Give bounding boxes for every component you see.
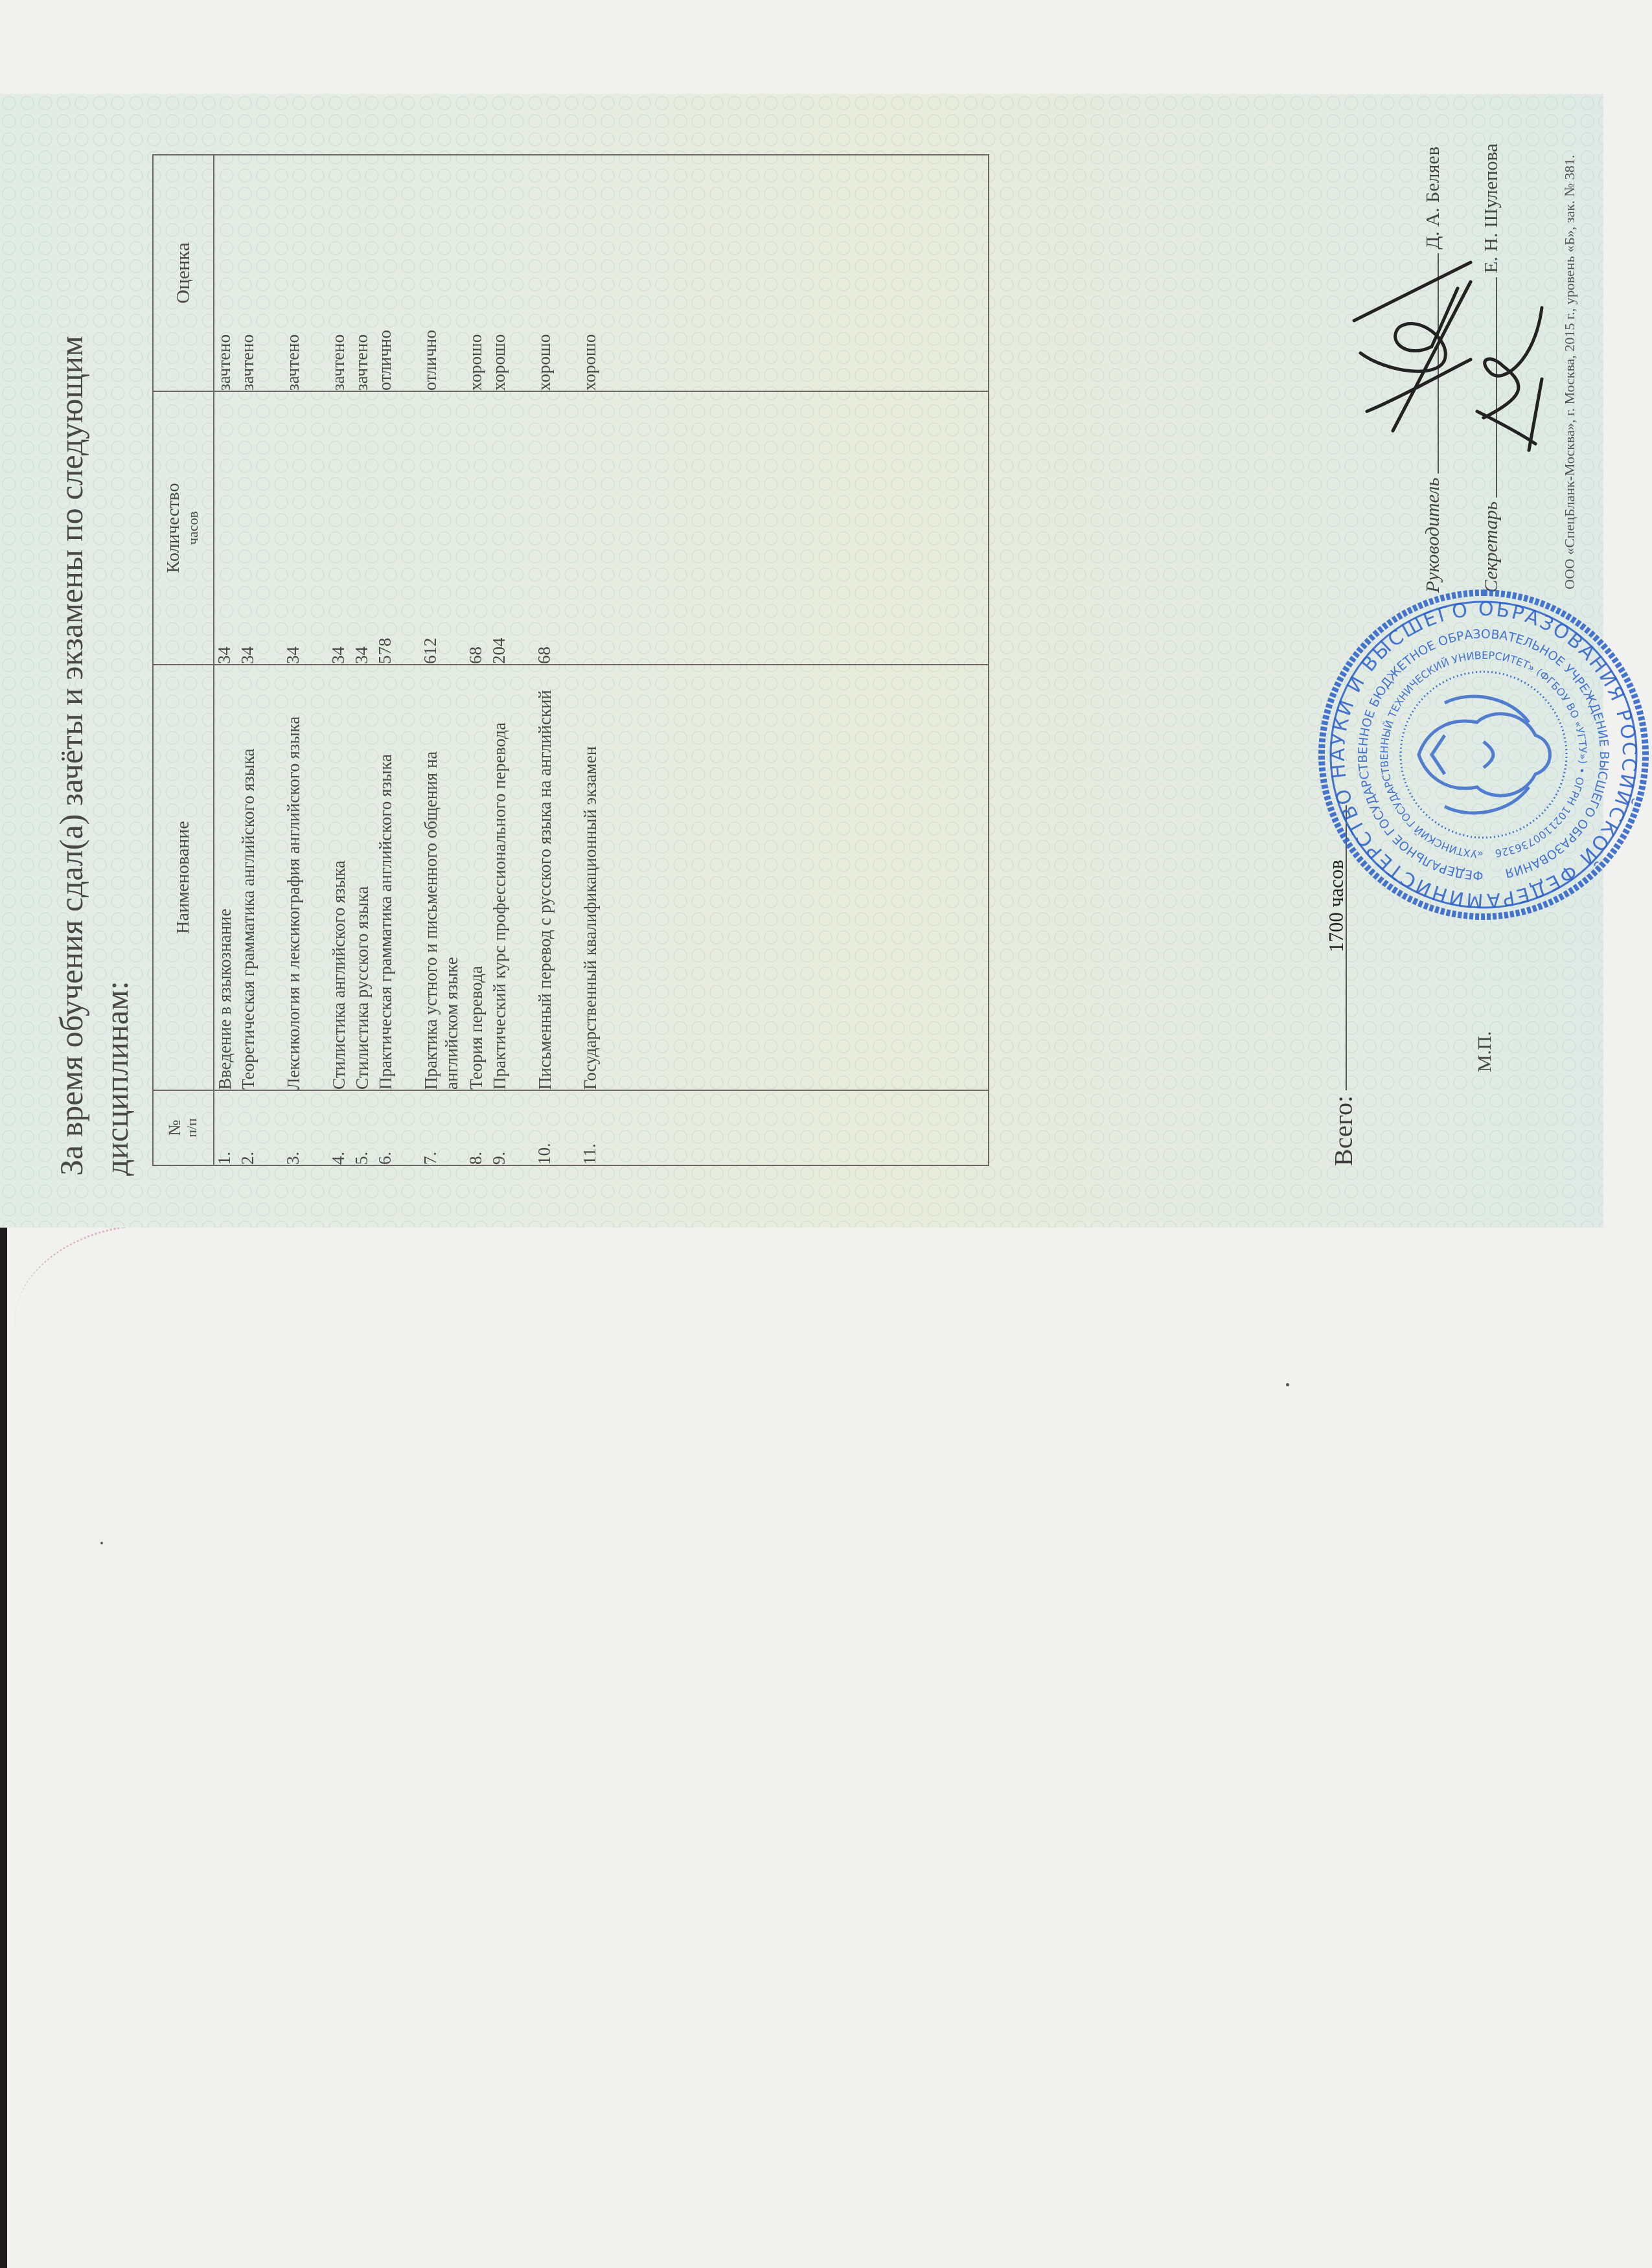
header-number: № п/п — [153, 1090, 214, 1165]
row-grade: зачтено — [352, 155, 375, 391]
eagle-emblem-icon — [1419, 696, 1550, 813]
row-number: 5. — [352, 1090, 375, 1165]
grades-table: № п/п Наименование Количество часов Оцен… — [152, 154, 989, 1166]
row-hours: 34 — [238, 391, 283, 665]
table-row: 6.Практическая грамматика английского яз… — [375, 155, 420, 1165]
table-row: 5.Стилистика русского языка34зачтено — [352, 155, 375, 1165]
seal-placeholder-label: М.П. — [1474, 1031, 1496, 1072]
row-grade: зачтено — [214, 155, 238, 391]
row-hours: 204 — [489, 391, 534, 665]
page-title: За время обучения сдал(а) зачёты и экзам… — [49, 139, 139, 1176]
row-discipline-name: Лексикология и лексикография английского… — [283, 665, 328, 1090]
header-grade: Оценка — [153, 155, 214, 391]
row-number: 10. — [534, 1090, 580, 1165]
table-row: 7.Практика устного и письменного общения… — [420, 155, 466, 1165]
official-stamp-seal: МИНИСТЕРСТВО НАУКИ И ВЫСШЕГО ОБРАЗОВАНИЯ… — [1315, 586, 1652, 923]
dust-speck — [100, 1542, 103, 1544]
row-grade: зачтено — [328, 155, 352, 391]
row-grade: хорошо — [580, 155, 625, 391]
row-discipline-name: Теория перевода — [466, 665, 489, 1090]
row-hours: 34 — [352, 391, 375, 665]
row-discipline-name: Стилистика английского языка — [328, 665, 352, 1090]
row-discipline-name: Стилистика русского языка — [352, 665, 375, 1090]
table-row: 1.Введение в языкознание34зачтено — [214, 155, 238, 1165]
pink-pencil-mark — [4, 1226, 138, 1328]
header-hours: Количество часов — [153, 391, 214, 665]
table-empty-space — [625, 155, 989, 1165]
document-sheet: За время обучения сдал(а) зачёты и экзам… — [0, 94, 1603, 1228]
row-grade: отлично — [420, 155, 466, 391]
svg-text:ФЕДЕРАЛЬНОЕ ГОСУДАРСТВЕННОЕ БЮ: ФЕДЕРАЛЬНОЕ ГОСУДАРСТВЕННОЕ БЮДЖЕТНОЕ ОБ… — [1356, 627, 1611, 882]
table-row: 10.Письменный перевод с русского языка н… — [534, 155, 580, 1165]
empty-cell — [625, 391, 989, 665]
empty-cell — [625, 155, 989, 391]
total-label: Всего: — [1329, 1095, 1358, 1166]
row-hours: 34 — [283, 391, 328, 665]
table-row: 3.Лексикология и лексикография английско… — [283, 155, 328, 1165]
table-row: 4.Стилистика английского языка34зачтено — [328, 155, 352, 1165]
row-number: 1. — [214, 1090, 238, 1165]
scan-dark-edge — [0, 1228, 7, 2268]
row-grade: зачтено — [238, 155, 283, 391]
row-discipline-name: Письменный перевод с русского языка на а… — [534, 665, 580, 1090]
row-discipline-name: Практическая грамматика английского язык… — [375, 665, 420, 1090]
handwritten-signature-secretary — [1464, 301, 1548, 457]
row-hours: 68 — [466, 391, 489, 665]
row-hours: 34 — [214, 391, 238, 665]
table-row: 8.Теория перевода68хорошо — [466, 155, 489, 1165]
handwritten-signature-head — [1348, 256, 1477, 450]
row-discipline-name: Теоретическая грамматика английского язы… — [238, 665, 283, 1090]
row-number: 6. — [375, 1090, 420, 1165]
signature-name: Д. А. Беляев — [1422, 146, 1443, 249]
row-discipline-name: Практический курс профессионального пере… — [489, 665, 534, 1090]
row-number: 4. — [328, 1090, 352, 1165]
row-number: 9. — [489, 1090, 534, 1165]
table-header-row: № п/п Наименование Количество часов Оцен… — [153, 155, 214, 1165]
signature-role: Секретарь — [1480, 501, 1502, 593]
row-number: 3. — [283, 1090, 328, 1165]
row-discipline-name: Практика устного и письменного общения н… — [420, 665, 466, 1090]
document-page: За время обучения сдал(а) зачёты и экзам… — [0, 94, 1603, 1228]
signature-name: Е. Н. Шулепова — [1480, 143, 1502, 273]
row-number: 7. — [420, 1090, 466, 1165]
svg-text:«УХТИНСКИЙ ГОСУДАРСТВЕННЫЙ ТЕХ: «УХТИНСКИЙ ГОСУДАРСТВЕННЫЙ ТЕХНИЧЕСКИЙ У… — [1378, 649, 1589, 860]
row-discipline-name: Введение в языкознание — [214, 665, 238, 1090]
empty-cell — [625, 1090, 989, 1165]
table-row: 11.Государственный квалификационный экза… — [580, 155, 625, 1165]
row-hours: 68 — [534, 391, 580, 665]
row-number: 2. — [238, 1090, 283, 1165]
row-hours: 578 — [375, 391, 420, 665]
row-hours: 612 — [420, 391, 466, 665]
row-grade: зачтено — [283, 155, 328, 391]
empty-cell — [625, 665, 989, 1090]
dust-speck — [1286, 1383, 1289, 1386]
row-hours: 34 — [328, 391, 352, 665]
header-name: Наименование — [153, 665, 214, 1090]
row-discipline-name: Государственный квалификационный экзамен — [580, 665, 625, 1090]
row-grade: хорошо — [466, 155, 489, 391]
row-number: 8. — [466, 1090, 489, 1165]
row-grade: отлично — [375, 155, 420, 391]
table-row: 2.Теоретическая грамматика английского я… — [238, 155, 283, 1165]
print-footer: ООО «СпецБланк-Москва», г. Москва, 2015 … — [1561, 155, 1578, 590]
row-hours — [580, 391, 625, 665]
row-grade: хорошо — [489, 155, 534, 391]
signature-role: Руководитель — [1422, 477, 1443, 593]
row-grade: хорошо — [534, 155, 580, 391]
table-row: 9.Практический курс профессионального пе… — [489, 155, 534, 1165]
row-number: 11. — [580, 1090, 625, 1165]
